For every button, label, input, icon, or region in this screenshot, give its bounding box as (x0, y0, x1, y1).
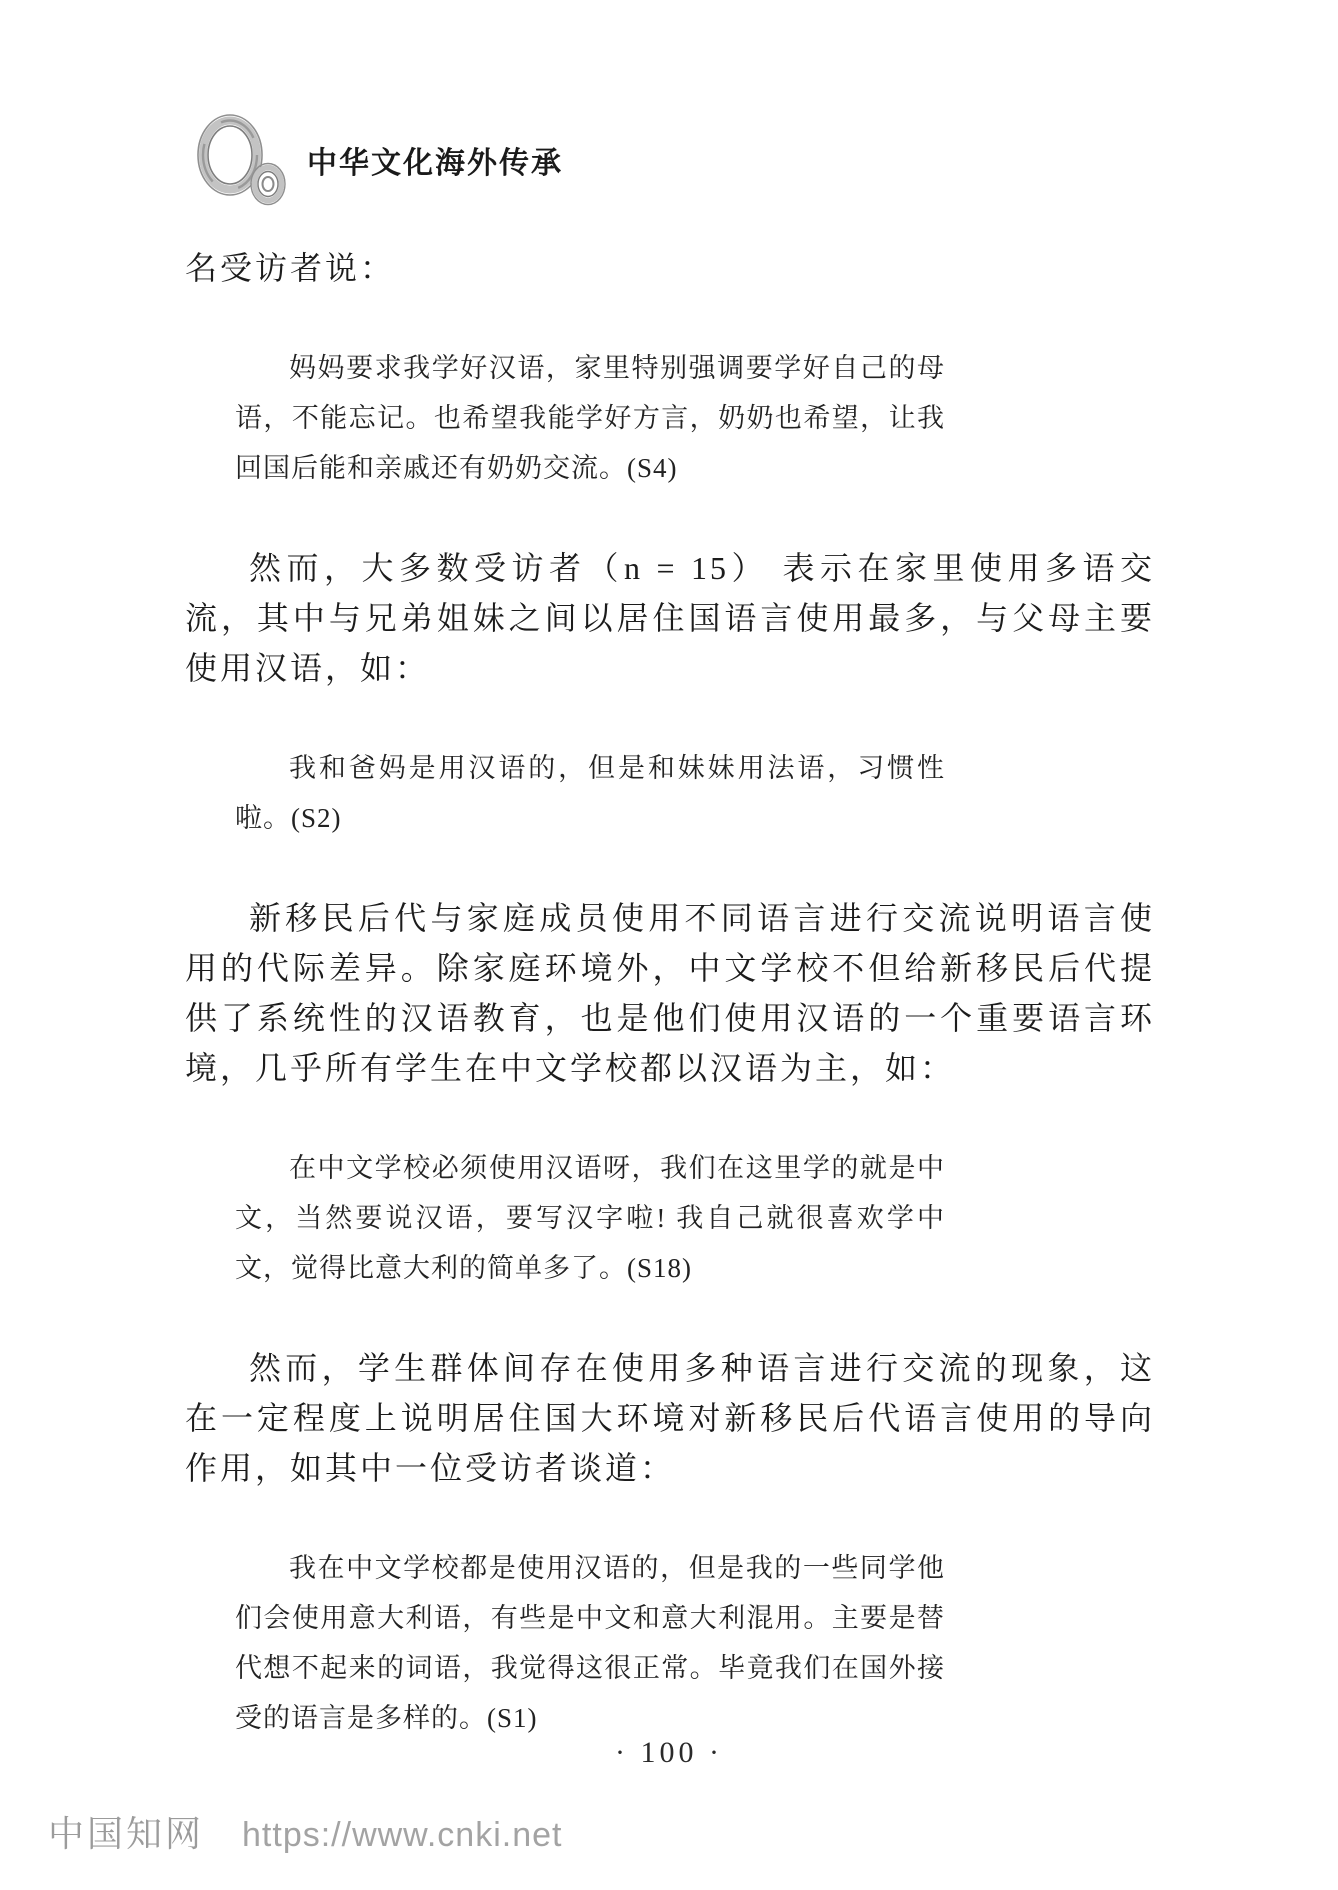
paragraph-continuation: 名受访者说： (185, 243, 1155, 293)
paragraph-student-groups: 然而，学生群体间存在使用多种语言进行交流的现象，这在一定程度上说明居住国大环境对… (185, 1343, 1155, 1493)
block-quote-s2: 我和爸妈是用汉语的，但是和妹妹用法语，习惯性啦。(S2) (235, 743, 945, 843)
cnki-brand: 中国知网 (48, 1806, 204, 1857)
book-title: 中华文化海外传承 (307, 138, 563, 182)
page-number: · 100 · (0, 1736, 1338, 1770)
cnki-url: https://www.cnki.net (242, 1816, 562, 1855)
block-quote-s18: 在中文学校必须使用汉语呀，我们在这里学的就是中文，当然要说汉语，要写汉字啦! 我… (235, 1143, 945, 1293)
paragraph-multilingual-home: 然而，大多数受访者（n = 15） 表示在家里使用多语交流，其中与兄弟姐妹之间以… (185, 543, 1155, 693)
document-page: 中华文化海外传承 名受访者说： 妈妈要求我学好汉语，家里特别强调要学好自己的母语… (0, 0, 1338, 1890)
page-body: 名受访者说： 妈妈要求我学好汉语，家里特别强调要学好自己的母语，不能忘记。也希望… (185, 243, 1155, 1743)
block-quote-s4: 妈妈要求我学好汉语，家里特别强调要学好自己的母语，不能忘记。也希望我能学好方言，… (235, 343, 945, 493)
cnki-footer: 中国知网 https://www.cnki.net (48, 1806, 562, 1857)
page-header: 中华文化海外传承 (193, 110, 563, 210)
cnki-rings-logo-icon (193, 110, 293, 210)
block-quote-s1: 我在中文学校都是使用汉语的，但是我的一些同学他们会使用意大利语，有些是中文和意大… (235, 1543, 945, 1743)
paragraph-chinese-school: 新移民后代与家庭成员使用不同语言进行交流说明语言使用的代际差异。除家庭环境外，中… (185, 893, 1155, 1093)
